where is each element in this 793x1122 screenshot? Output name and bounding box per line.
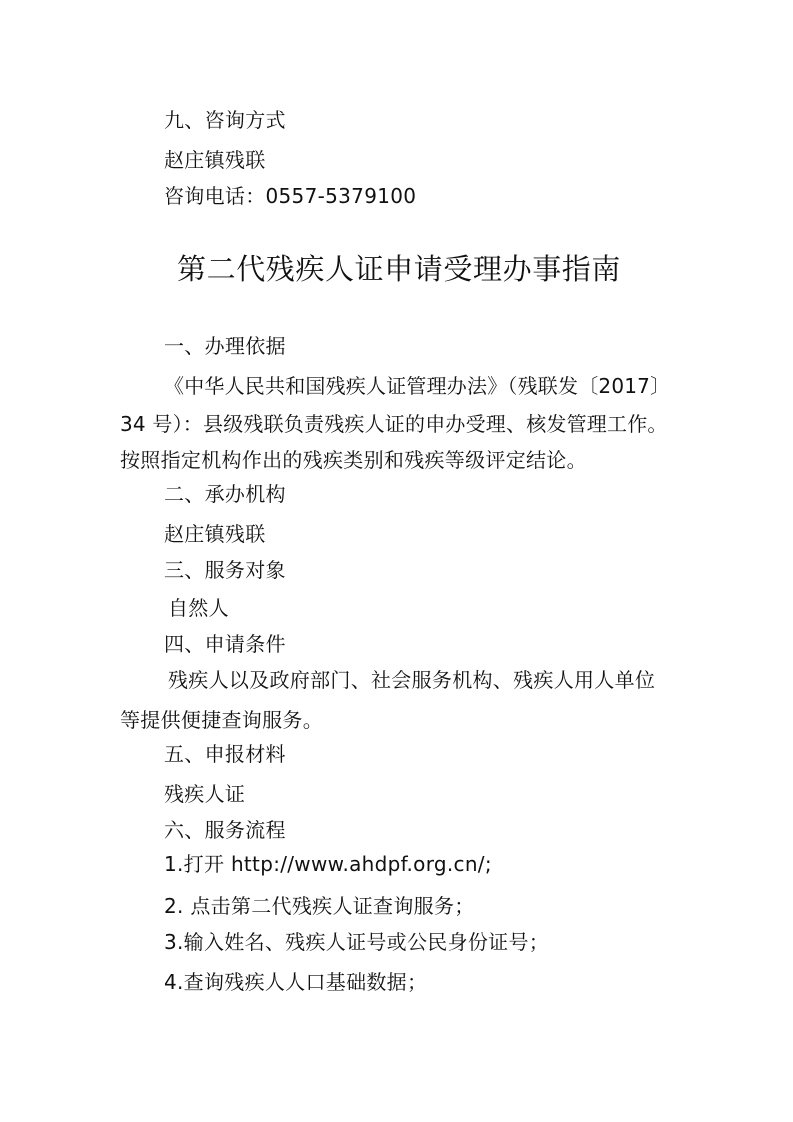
section-heading-agency: 二、承办机构: [164, 482, 286, 506]
basis-text-line-2: 34 号）：县级残联负责残疾人证的申办受理、核发管理工作。: [120, 412, 668, 436]
basis-text-line-1: 《中华人民共和国残疾人证管理办法》（残联发〔2017〕: [164, 374, 670, 398]
section-heading-materials: 五、申报材料: [164, 742, 286, 766]
section-heading-target: 三、服务对象: [164, 558, 286, 582]
section-heading-process: 六、服务流程: [164, 818, 286, 842]
process-step-1: 1.打开 http://www.ahdpf.org.cn/;: [164, 852, 492, 876]
agency-text: 赵庄镇残联: [164, 522, 266, 546]
section-heading-conditions: 四、申请条件: [164, 632, 286, 656]
contact-phone: 咨询电话：0557-5379100: [164, 184, 416, 208]
page-title: 第二代残疾人证申请受理办事指南: [177, 252, 621, 286]
process-step-3: 3.输入姓名、残疾人证号或公民身份证号；: [164, 930, 549, 954]
basis-text-line-3: 按照指定机构作出的残疾类别和残疾等级评定结论。: [120, 448, 587, 472]
process-step-2: 2. 点击第二代残疾人证查询服务；: [164, 894, 475, 918]
materials-text: 残疾人证: [164, 782, 245, 806]
process-step-4: 4.查询残疾人人口基础数据；: [164, 970, 427, 994]
section-heading-basis: 一、办理依据: [164, 334, 286, 358]
section-heading-contact: 九、咨询方式: [164, 108, 286, 132]
conditions-text-line-2: 等提供便捷查询服务。: [120, 708, 323, 732]
conditions-text-line-1: 残疾人以及政府部门、社会服务机构、残疾人用人单位: [168, 668, 655, 692]
target-text: 自然人: [168, 596, 229, 620]
contact-org: 赵庄镇残联: [164, 148, 266, 172]
